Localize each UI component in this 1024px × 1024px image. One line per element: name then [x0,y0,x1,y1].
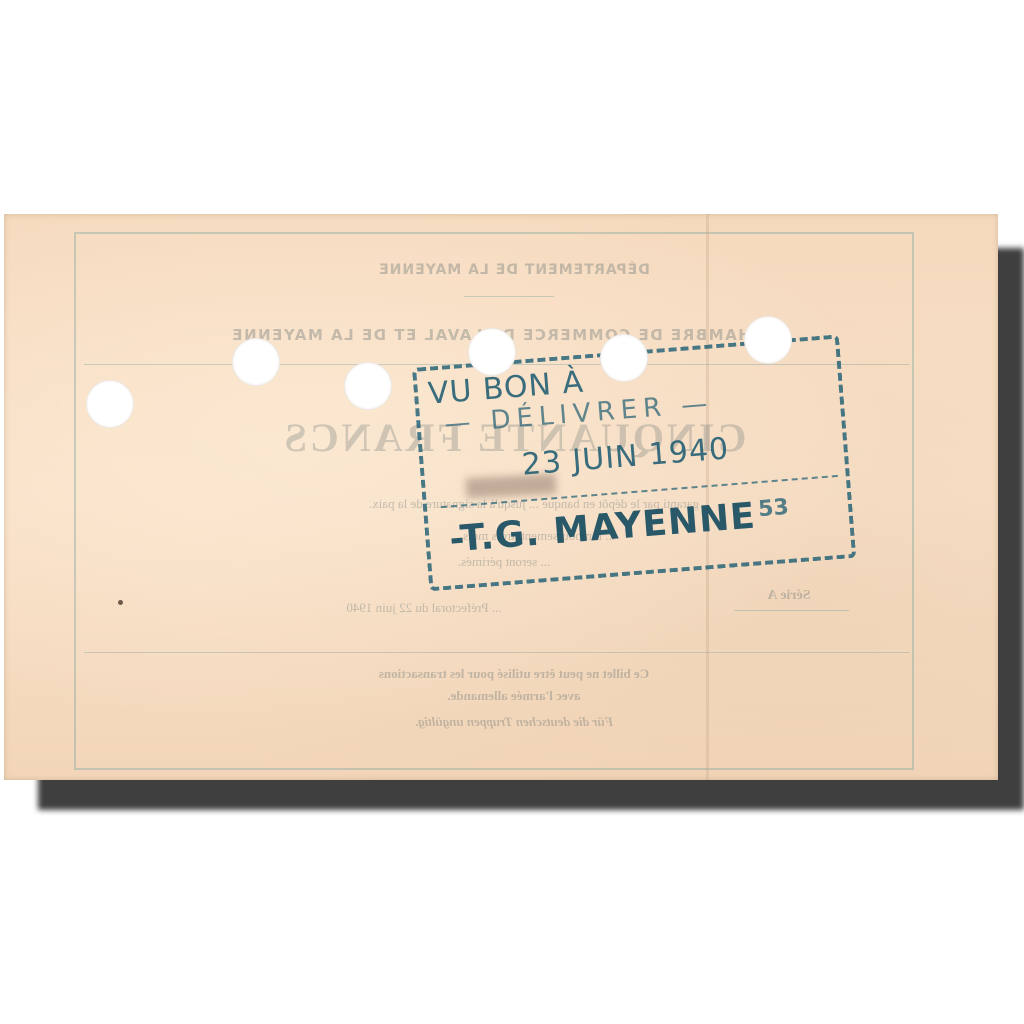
footer-text-german: Für die deutschen Truppen ungültig. [294,714,734,730]
punch-hole [744,316,792,364]
banknote: DÉPARTEMENT DE LA MAYENNE CHAMBRE DE COM… [4,214,998,780]
stamp-office: -T.G. MAYENNE [448,496,757,561]
rule [84,652,910,653]
series-label: Série A [734,588,844,604]
punch-hole [232,338,280,386]
rule [734,610,849,611]
department-heading: DÉPARTEMENT DE LA MAYENNE [304,262,724,278]
footer-text-1: Ce billet ne peut être utilisé pour les … [234,666,794,682]
ink-speck [118,600,123,605]
punch-hole [86,380,134,428]
stamp-code: 53 [757,495,789,522]
punch-hole [600,334,648,382]
rule [464,296,554,297]
footer-text-2: avec l'armée allemande. [304,688,724,704]
punch-hole [468,328,516,376]
stamp-date: 23 JUIN 1940 [521,431,731,482]
decree-text: ... Préfectoral du 22 juin 1940 [144,600,704,616]
punch-hole [344,362,392,410]
